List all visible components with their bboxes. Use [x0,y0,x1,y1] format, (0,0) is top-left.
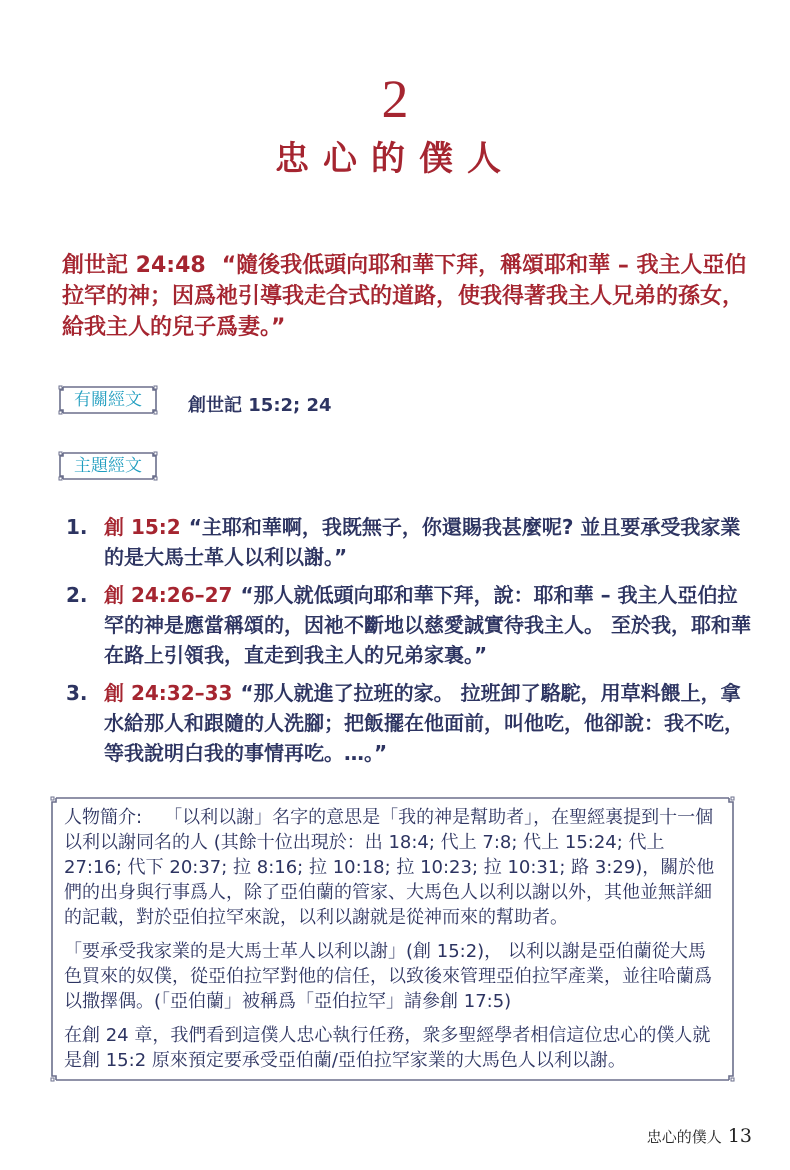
key-verse-reference: 創世記 24:48 [62,253,206,278]
list-item-number: 3. [66,678,88,708]
related-scripture-reference: 創世記 15:2; 24 [188,391,332,417]
verse-reference: 創 24:32–33 [104,681,232,705]
page-footer: 忠心的僕人13 [647,1125,752,1147]
running-title: 忠心的僕人 [647,1128,722,1146]
profile-content: 人物簡介:「以利以謝」名字的意思是「我的神是幫助者」，在聖經裏提到十一個以利以謝… [64,805,723,1082]
profile-paragraph: 在創 24 章，我們看到這僕人忠心執行任務，衆多聖經學者相信這位忠心的僕人就是創… [64,1023,723,1073]
list-item: 2.創 24:26–27“那人就低頭向耶和華下拜，說：耶和華 – 我主人亞伯拉罕… [62,580,752,670]
theme-scripture-label-text: 主題經文 [57,455,159,477]
profile-paragraph: 「要承受我家業的是大馬士革人以利以謝」(創 15:2)， 以利以謝是亞伯蘭從大馬… [64,939,723,1014]
list-item: 3.創 24:32–33“那人就進了拉班的家。 拉班卸了駱駝，用草料餵上，拿水給… [62,678,752,768]
page-number: 13 [728,1125,752,1147]
list-item: 1.創 15:2“主耶和華啊，我既無子，你還賜我甚麼呢? 並且要承受我家業的是大… [62,512,752,572]
profile-paragraph: 人物簡介:「以利以謝」名字的意思是「我的神是幫助者」，在聖經裏提到十一個以利以謝… [64,805,723,930]
list-item-number: 1. [66,512,88,542]
profile-label: 人物簡介: [64,807,142,828]
list-item-number: 2. [66,580,88,610]
chapter-title: 忠心的僕人 [0,142,790,176]
theme-scripture-label: 主題經文 [57,450,159,482]
profile-text: 「以利以謝」名字的意思是「我的神是幫助者」，在聖經裏提到十一個以利以謝同名的人 … [64,807,714,928]
theme-scripture-list: 1.創 15:2“主耶和華啊，我既無子，你還賜我甚麼呢? 並且要承受我家業的是大… [62,512,752,776]
related-scripture-label-text: 有關經文 [57,389,159,411]
related-scripture-label: 有關經文 [57,384,159,416]
verse-reference: 創 15:2 [104,515,181,539]
character-profile-box: 人物簡介:「以利以謝」名字的意思是「我的神是幫助者」，在聖經裏提到十一個以利以謝… [48,795,737,1083]
verse-reference: 創 24:26–27 [104,583,232,607]
chapter-number: 2 [0,72,790,126]
verse-text: “主耶和華啊，我既無子，你還賜我甚麼呢? 並且要承受我家業的是大馬士革人以利以謝… [104,515,740,569]
key-verse: 創世記 24:48“隨後我低頭向耶和華下拜，稱頌耶和華 – 我主人亞伯拉罕的神；… [62,250,752,343]
